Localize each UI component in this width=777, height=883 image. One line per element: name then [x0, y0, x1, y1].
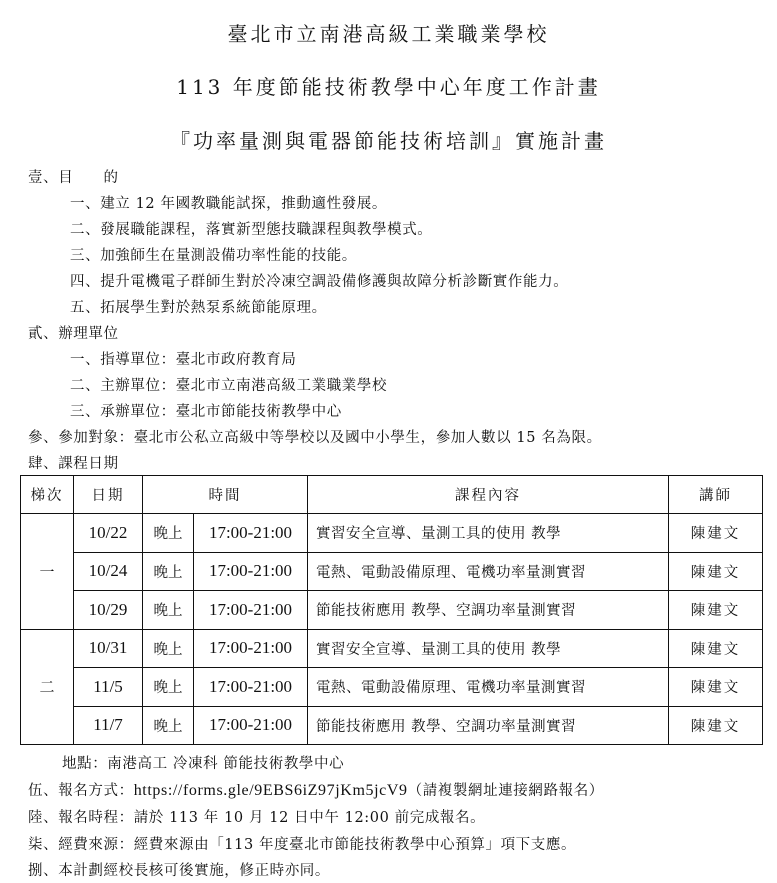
- table-row: 二 10/31 晚上 17:00-21:00 實習安全宣導、量測工具的使用 教學…: [21, 629, 763, 668]
- location-line: 地點：南港高工 冷凍科 節能技術教學中心: [62, 752, 344, 773]
- teacher-cell: 陳建文: [669, 591, 763, 630]
- content-cell: 實習安全宣導、量測工具的使用 教學: [308, 514, 669, 553]
- purpose-item: 三、加強師生在量測設備功率性能的技能。: [70, 244, 357, 265]
- date-cell: 11/7: [74, 706, 143, 745]
- table-row: 一 10/22 晚上 17:00-21:00 實習安全宣導、量測工具的使用 教學…: [21, 514, 763, 553]
- registration-url-link[interactable]: https://forms.gle/9EBS6iZ97jKm5jcV9: [134, 782, 408, 799]
- organizers-heading: 貳、辦理單位: [28, 322, 119, 343]
- school-name: 臺北市立南港高級工業職業學校: [0, 18, 777, 47]
- time-cell: 17:00-21:00: [194, 591, 308, 630]
- table-row: 11/5 晚上 17:00-21:00 電熱、電動設備原理、電機功率量測實習 陳…: [21, 668, 763, 707]
- table-row: 10/24 晚上 17:00-21:00 電熱、電動設備原理、電機功率量測實習 …: [21, 552, 763, 591]
- content-cell: 實習安全宣導、量測工具的使用 教學: [308, 629, 669, 668]
- date-cell: 10/29: [74, 591, 143, 630]
- schedule-heading: 肆、課程日期: [28, 452, 119, 473]
- col-header-content: 課程內容: [308, 476, 669, 514]
- time-cell: 17:00-21:00: [194, 706, 308, 745]
- registration-period-line: 陸、報名時程：請於 113 年 10 月 12 日中午 12:00 前完成報名。: [28, 806, 485, 827]
- funding-line: 柒、經費來源：經費來源由「113 年度臺北市節能技術教學中心預算」項下支應。: [28, 833, 576, 854]
- table-header-row: 梯次 日期 時間 課程內容 講師: [21, 476, 763, 514]
- period-cell: 晚上: [143, 591, 194, 630]
- approval-line: 捌、本計劃經校長核可後實施，修正時亦同。: [28, 859, 330, 880]
- registration-method-note: （請複製網址連接網路報名）: [408, 783, 604, 799]
- period-cell: 晚上: [143, 514, 194, 553]
- col-header-batch: 梯次: [21, 476, 74, 514]
- time-cell: 17:00-21:00: [194, 629, 308, 668]
- plan-title: 113 年度節能技術教學中心年度工作計畫: [0, 71, 777, 100]
- purpose-item: 一、建立 12 年國教職能試探，推動適性發展。: [70, 192, 387, 213]
- content-cell: 電熱、電動設備原理、電機功率量測實習: [308, 668, 669, 707]
- col-header-date: 日期: [74, 476, 143, 514]
- period-cell: 晚上: [143, 552, 194, 591]
- organizer-item: 三、承辦單位：臺北市節能技術教學中心: [70, 400, 342, 421]
- purpose-heading: 壹、目 的: [28, 166, 119, 187]
- teacher-cell: 陳建文: [669, 514, 763, 553]
- time-cell: 17:00-21:00: [194, 552, 308, 591]
- period-cell: 晚上: [143, 629, 194, 668]
- purpose-item: 四、提升電機電子群師生對於冷凍空調設備修護與故障分析診斷實作能力。: [70, 270, 568, 291]
- teacher-cell: 陳建文: [669, 706, 763, 745]
- time-cell: 17:00-21:00: [194, 668, 308, 707]
- schedule-table: 梯次 日期 時間 課程內容 講師 一 10/22 晚上 17:00-21:00 …: [20, 475, 763, 745]
- purpose-item: 五、拓展學生對於熱泵系統節能原理。: [70, 296, 327, 317]
- table-row: 11/7 晚上 17:00-21:00 節能技術應用 教學、空調功率量測實習 陳…: [21, 706, 763, 745]
- date-cell: 11/5: [74, 668, 143, 707]
- participants-line: 參、參加對象：臺北市公私立高級中等學校以及國中小學生，參加人數以 15 名為限。: [28, 426, 602, 447]
- content-cell: 節能技術應用 教學、空調功率量測實習: [308, 706, 669, 745]
- organizer-item: 二、主辦單位：臺北市立南港高級工業職業學校: [70, 374, 387, 395]
- time-cell: 17:00-21:00: [194, 514, 308, 553]
- organizer-item: 一、指導單位：臺北市政府教育局: [70, 348, 297, 369]
- period-cell: 晚上: [143, 668, 194, 707]
- period-cell: 晚上: [143, 706, 194, 745]
- table-row: 10/29 晚上 17:00-21:00 節能技術應用 教學、空調功率量測實習 …: [21, 591, 763, 630]
- registration-method-label: 伍、報名方式：: [28, 783, 134, 799]
- purpose-item: 二、發展職能課程，落實新型態技職課程與教學模式。: [70, 218, 432, 239]
- date-cell: 10/22: [74, 514, 143, 553]
- batch-label: 二: [21, 629, 74, 745]
- teacher-cell: 陳建文: [669, 552, 763, 591]
- date-cell: 10/24: [74, 552, 143, 591]
- program-title: 『功率量測與電器節能技術培訓』實施計畫: [0, 125, 777, 154]
- content-cell: 電熱、電動設備原理、電機功率量測實習: [308, 552, 669, 591]
- content-cell: 節能技術應用 教學、空調功率量測實習: [308, 591, 669, 630]
- teacher-cell: 陳建文: [669, 668, 763, 707]
- registration-method-line: 伍、報名方式：https://forms.gle/9EBS6iZ97jKm5jc…: [28, 779, 604, 800]
- teacher-cell: 陳建文: [669, 629, 763, 668]
- batch-label: 一: [21, 514, 74, 630]
- col-header-teacher: 講師: [669, 476, 763, 514]
- col-header-time: 時間: [143, 476, 308, 514]
- date-cell: 10/31: [74, 629, 143, 668]
